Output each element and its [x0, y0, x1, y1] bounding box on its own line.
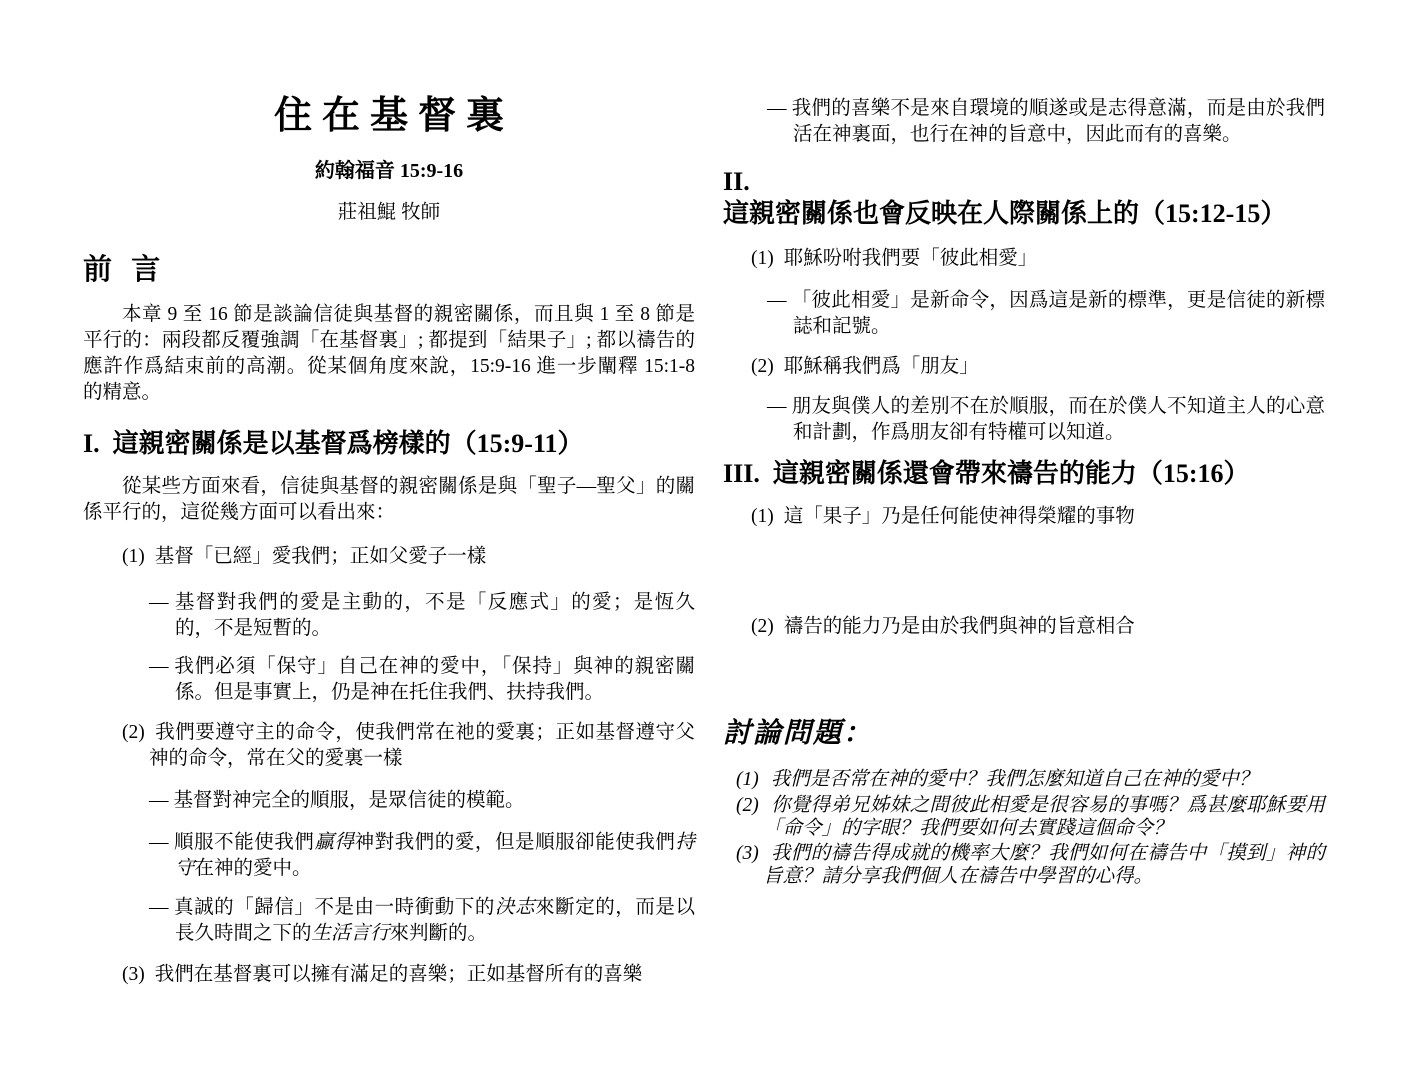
item-label: (2) [122, 722, 145, 743]
item-text: 我們必須「保守」自己在神的愛中，「保持」與神的親密關係。但是事實上，仍是神在托住… [174, 656, 696, 703]
document-title: 住在基督裏 [83, 92, 695, 140]
item-text: 「彼此相愛」是新命令，因爲這是新的標準，更是信徒的新標誌和記號。 [792, 290, 1326, 337]
section-1-title: 這親密關係是以基督爲榜樣的（15:9-11） [113, 429, 584, 458]
item-text: 基督「已經」愛我們；正如父愛子一樣 [155, 546, 487, 567]
item-text: 耶穌稱我們爲「朋友」 [784, 356, 979, 377]
numbered-item-1: (1)這「果子」乃是任何能使神得榮耀的事物 [723, 504, 1325, 530]
discussion-heading: 討論問題： [723, 716, 1325, 752]
right-column: —我們的喜樂不是來自環境的順遂或是志得意滿，而是由於我們活在神裏面，也行在神的旨… [723, 0, 1325, 889]
dash-item: —基督對神完全的順服，是眾信徒的模範。 [83, 788, 695, 814]
dash-bullet: — [149, 790, 169, 811]
item-label: (1) [122, 546, 145, 567]
dash-bullet: — [767, 396, 787, 417]
discussion-question-3: (3)我們的禱告得成就的機率大麼？我們如何在禱告中「摸到」神的旨意？請分享我們個… [723, 842, 1325, 889]
item-text: 順服不能使我們贏得神對我們的愛，但是順服卻能使我們持守在神的愛中。 [174, 832, 695, 879]
question-label: (3) [736, 843, 759, 864]
dash-item: —順服不能使我們贏得神對我們的愛，但是順服卻能使我們持守在神的愛中。 [83, 830, 695, 882]
dash-bullet: — [149, 832, 169, 853]
question-label: (1) [736, 769, 759, 790]
dash-bullet: — [767, 290, 787, 311]
item-text: 我們的喜樂不是來自環境的順遂或是志得意滿，而是由於我們活在神裏面，也行在神的旨意… [792, 98, 1326, 145]
item-text: 基督對我們的愛是主動的，不是「反應式」的愛；是恆久的，不是短暫的。 [174, 592, 696, 639]
numbered-item-2: (2)禱告的能力乃是由於我們與神的旨意相合 [723, 614, 1325, 640]
numbered-item-3: (3)我們在基督裏可以擁有滿足的喜樂；正如基督所有的喜樂 [83, 962, 695, 988]
numbered-item-2: (2)我們要遵守主的命令，使我們常在祂的愛裏；正如基督遵守父神的命令，常在父的愛… [83, 720, 695, 772]
dash-item: —「彼此相愛」是新命令，因爲這是新的標準，更是信徒的新標誌和記號。 [723, 288, 1325, 340]
numbered-item-2: (2)耶穌稱我們爲「朋友」 [723, 354, 1325, 380]
dash-bullet: — [149, 656, 169, 677]
dash-item: —真誠的「歸信」不是由一時衝動下的決志來斷定的，而是以長久時間之下的生活言行來判… [83, 895, 695, 947]
item-label: (1) [751, 506, 774, 527]
question-label: (2) [736, 795, 759, 816]
item-text: 朋友與僕人的差別不在於順服，而在於僕人不知道主人的心意和計劃，作爲朋友卻有特權可… [792, 396, 1326, 443]
preface-heading: 前 言 [83, 252, 695, 288]
dash-item: —我們必須「保守」自己在神的愛中，「保持」與神的親密關係。但是事實上，仍是神在托… [83, 654, 695, 706]
dash-item: —基督對我們的愛是主動的，不是「反應式」的愛；是恆久的，不是短暫的。 [83, 590, 695, 642]
question-text: 我們的禱告得成就的機率大麼？我們如何在禱告中「摸到」神的旨意？請分享我們個人在禱… [763, 843, 1325, 888]
item-text: 禱告的能力乃是由於我們與神的旨意相合 [784, 616, 1135, 637]
section-1-intro: 從某些方面來看，信徒與基督的親密關係是與「聖子—聖父」的關係平行的，這從幾方面可… [83, 474, 695, 526]
item-text: 我們在基督裏可以擁有滿足的喜樂；正如基督所有的喜樂 [155, 964, 643, 985]
item-text: 這「果子」乃是任何能使神得榮耀的事物 [784, 506, 1135, 527]
item-label: (2) [751, 356, 774, 377]
dash-bullet: — [149, 592, 169, 613]
scripture-reference: 約翰福音 15:9-16 [83, 158, 695, 184]
section-3-heading: III.這親密關係還會帶來禱告的能力（15:16） [723, 458, 1325, 490]
section-2-heading: II.這親密關係也會反映在人際關係上的（15:12-15） [723, 166, 1325, 230]
dash-bullet: — [767, 98, 787, 119]
document-page: 住在基督裏 約翰福音 15:9-16 莊祖鯤 牧師 前 言 本章 9 至 16 … [0, 0, 1408, 1088]
dash-item: —朋友與僕人的差別不在於順服，而在於僕人不知道主人的心意和計劃，作爲朋友卻有特權… [723, 394, 1325, 446]
section-2-title: 這親密關係也會反映在人際關係上的（15:12-15） [723, 199, 1286, 228]
item-text: 真誠的「歸信」不是由一時衝動下的決志來斷定的，而是以長久時間之下的生活言行來判斷… [174, 897, 695, 944]
section-1-number: I. [83, 429, 100, 458]
question-text: 你覺得弟兄姊妹之間彼此相愛是很容易的事嗎？爲甚麼耶穌要用「命令」的字眼？我們要如… [763, 795, 1325, 840]
item-label: (1) [751, 248, 774, 269]
numbered-item-1: (1)耶穌吩咐我們要「彼此相愛」 [723, 246, 1325, 272]
section-3-number: III. [723, 459, 760, 488]
numbered-item-1: (1)基督「已經」愛我們；正如父愛子一樣 [83, 544, 695, 570]
preface-paragraph: 本章 9 至 16 節是談論信徒與基督的親密關係，而且與 1 至 8 節是平行的… [83, 302, 695, 406]
item-label: (3) [122, 964, 145, 985]
item-text: 耶穌吩咐我們要「彼此相愛」 [784, 248, 1038, 269]
left-column: 住在基督裏 約翰福音 15:9-16 莊祖鯤 牧師 前 言 本章 9 至 16 … [83, 0, 695, 988]
section-3-title: 這親密關係還會帶來禱告的能力（15:16） [773, 459, 1250, 488]
question-text: 我們是否常在神的愛中？我們怎麼知道自己在神的愛中？ [771, 769, 1259, 790]
carryover-dash-item: —我們的喜樂不是來自環境的順遂或是志得意滿，而是由於我們活在神裏面，也行在神的旨… [723, 96, 1325, 148]
dash-bullet: — [149, 897, 169, 918]
section-2-number: II. [723, 167, 750, 196]
discussion-question-2: (2)你覺得弟兄姊妹之間彼此相愛是很容易的事嗎？爲甚麼耶穌要用「命令」的字眼？我… [723, 794, 1325, 841]
item-text: 基督對神完全的順服，是眾信徒的模範。 [174, 790, 525, 811]
section-1-heading: I.這親密關係是以基督爲榜樣的（15:9-11） [83, 428, 695, 460]
item-label: (2) [751, 616, 774, 637]
author-line: 莊祖鯤 牧師 [83, 200, 695, 226]
discussion-question-1: (1)我們是否常在神的愛中？我們怎麼知道自己在神的愛中？ [723, 768, 1325, 792]
item-text: 我們要遵守主的命令，使我們常在祂的愛裏；正如基督遵守父神的命令，常在父的愛裏一樣 [149, 722, 695, 769]
